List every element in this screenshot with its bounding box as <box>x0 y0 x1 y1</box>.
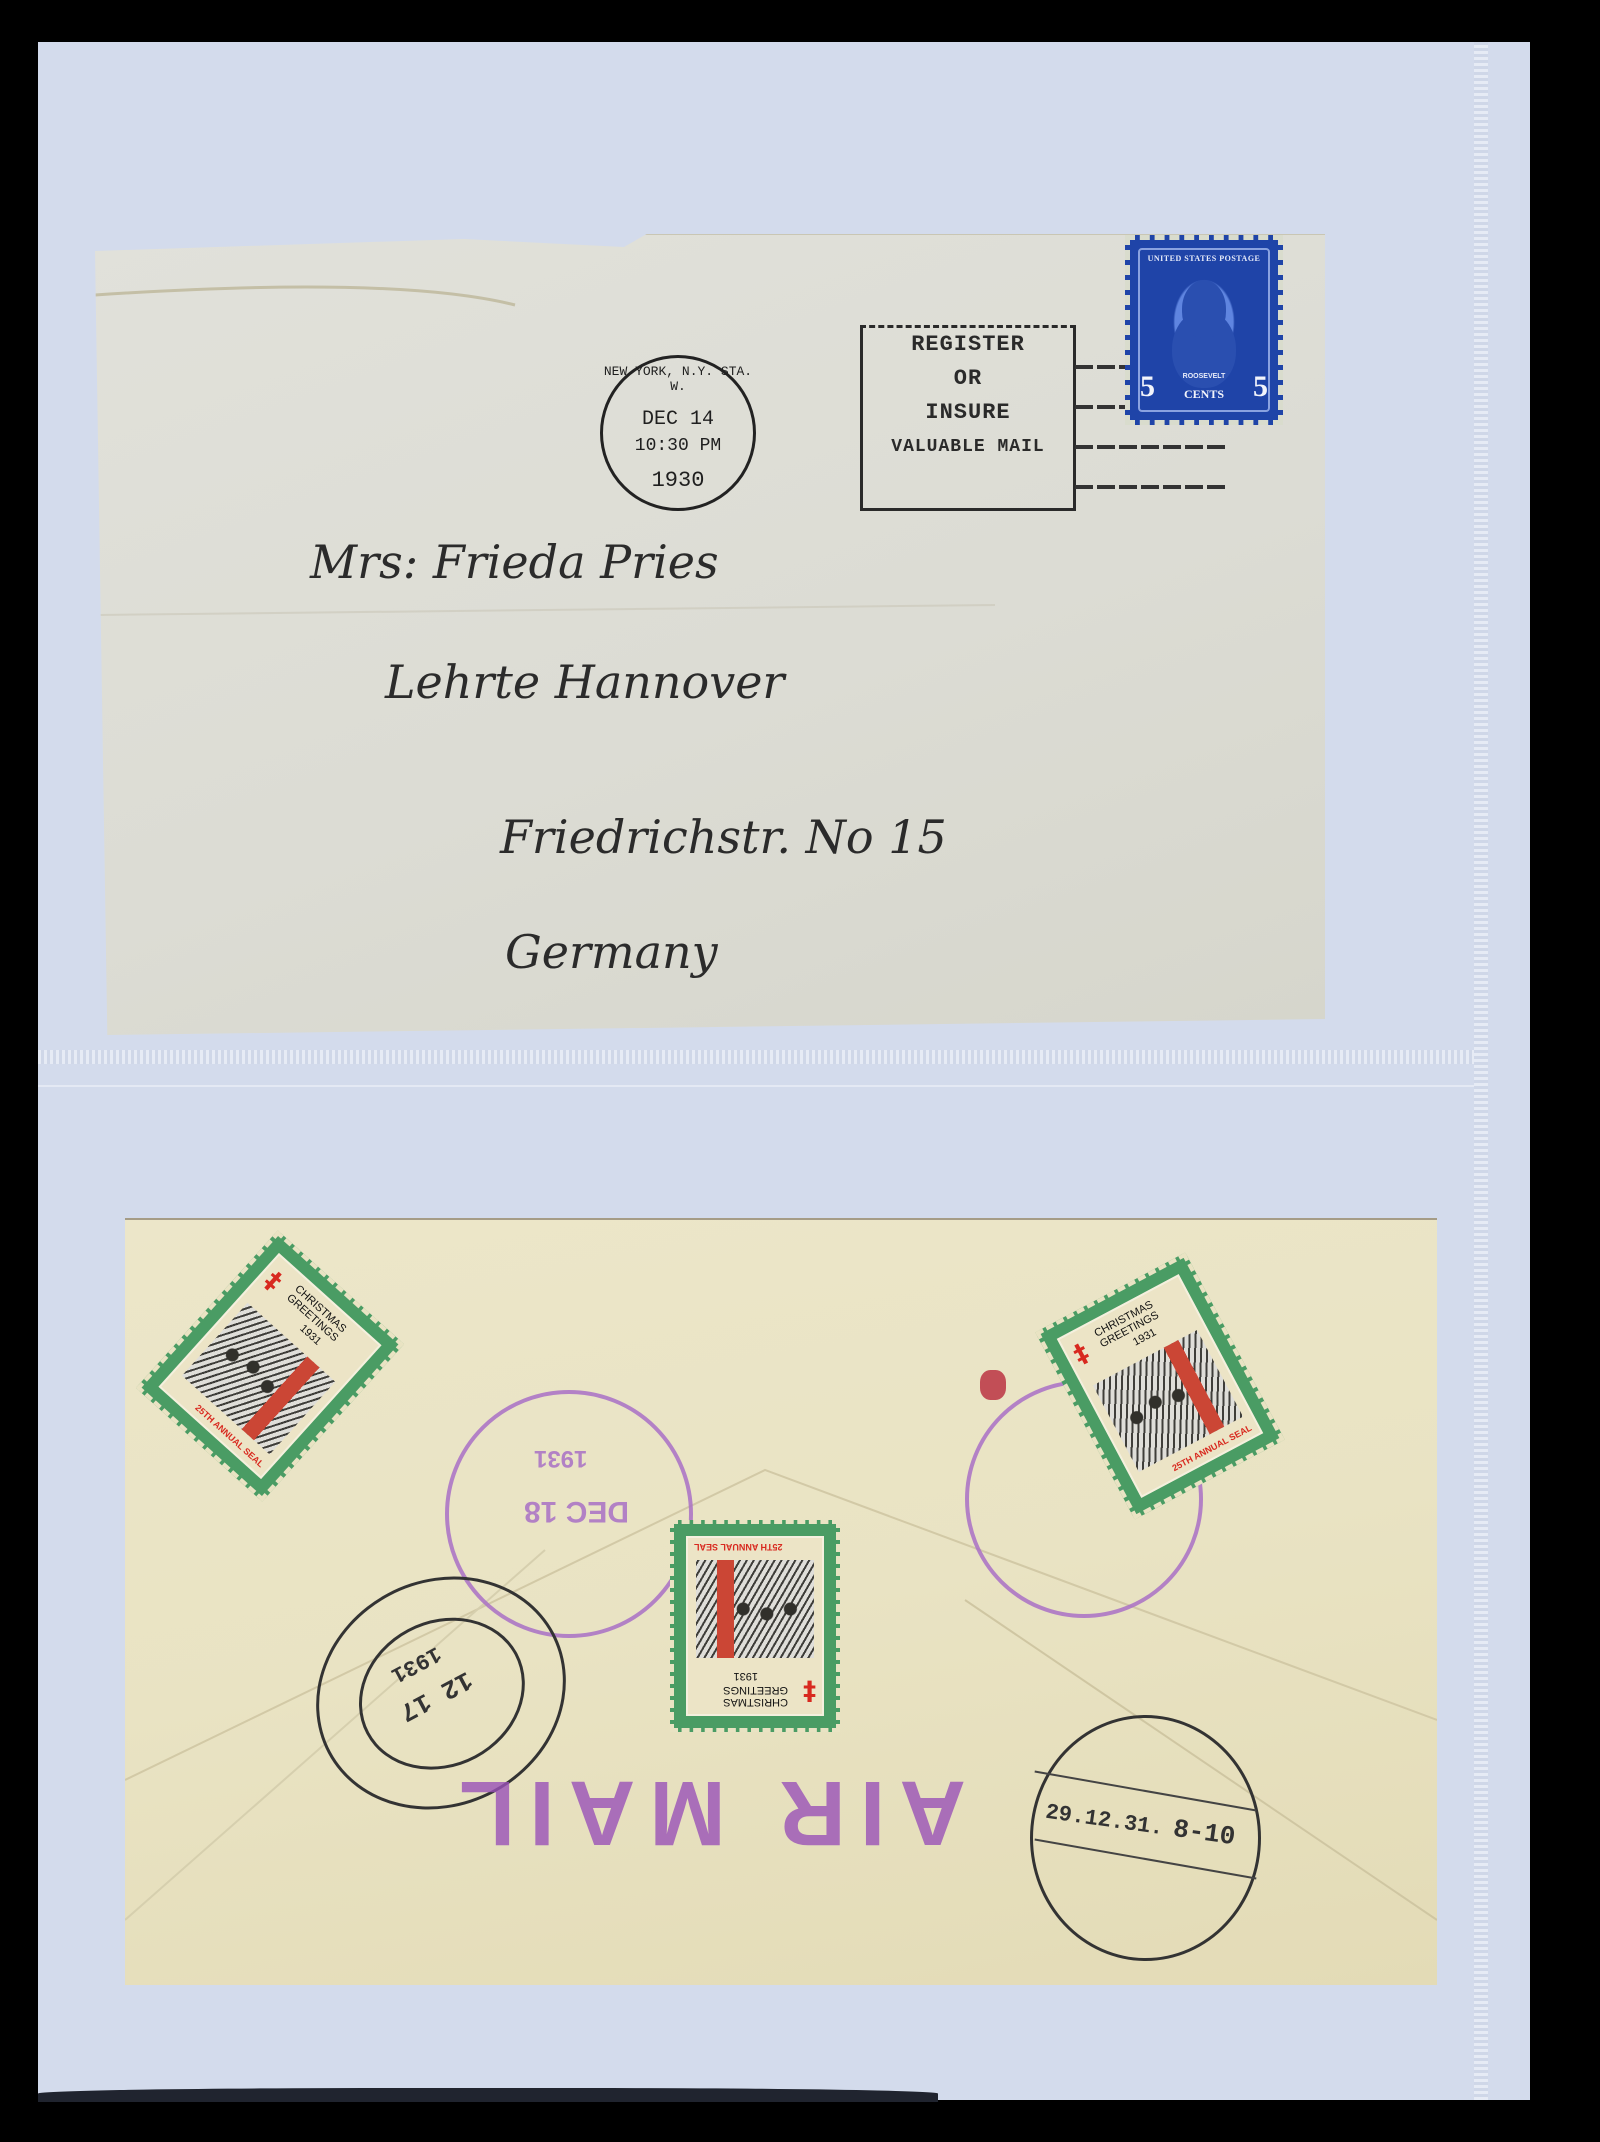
portrait-icon <box>1182 280 1226 338</box>
double-cross-icon: ‡ <box>803 1676 816 1706</box>
seal-year: 1931 <box>734 1670 758 1682</box>
album-binding-strip <box>1474 42 1488 2100</box>
christmas-seal-inverted: ‡ CHRISTMAS GREETINGS 1931 25TH ANNUAL S… <box>670 1520 840 1732</box>
address-line-country: Germany <box>505 925 718 979</box>
slogan-line-1: REGISTER <box>863 328 1073 362</box>
postmark-date: DEC 14 <box>603 408 753 431</box>
registered-year: 1931 <box>534 1444 587 1472</box>
cancel-bar <box>1075 485 1225 489</box>
address-line-street: Friedrichstr. No 15 <box>500 810 947 864</box>
arrival-date: 29.12.31. <box>1044 1800 1165 1841</box>
postmark-year: 1930 <box>603 468 753 493</box>
address-line-name: Mrs: Frieda Pries <box>310 535 719 589</box>
slogan-line-2: OR <box>863 362 1073 396</box>
stagecoach-image <box>1093 1330 1243 1472</box>
pocket-seam <box>38 1050 1474 1064</box>
double-cross-icon: ‡ <box>1069 1338 1095 1371</box>
cancel-bar <box>1075 445 1225 449</box>
seal-footer: 25TH ANNUAL SEAL <box>694 1542 783 1552</box>
pocket-edge <box>38 1085 1474 1087</box>
arrival-time: 8-10 <box>1171 1814 1237 1852</box>
double-cross-icon: ‡ <box>258 1266 288 1297</box>
red-wax-seal <box>980 1370 1006 1400</box>
stamp-country: UNITED STATES POSTAGE <box>1130 254 1278 263</box>
page-shadow <box>38 2088 938 2102</box>
stagecoach-image <box>696 1560 814 1658</box>
slogan-line-3: INSURE <box>863 396 1073 430</box>
postmark-arrival-lehrte: 29.12.31. 8-10 <box>1030 1715 1261 1961</box>
postmark-time: 10:30 PM <box>603 436 753 456</box>
stamp-currency: CENTS <box>1130 387 1278 402</box>
envelope-front: NEW YORK, N.Y. STA. W. DEC 14 10:30 PM 1… <box>95 235 1325 1035</box>
address-line-city: Lehrte Hannover <box>385 655 784 709</box>
envelope-back: DEC 18 1931 ‡ CHRISTMAS GREETINGS 1931 2… <box>125 1218 1437 1985</box>
postmark-new-york: NEW YORK, N.Y. STA. W. DEC 14 10:30 PM 1… <box>600 355 756 511</box>
postmark-city: NEW YORK, N.Y. STA. W. <box>603 364 753 394</box>
postage-stamp-roosevelt: UNITED STATES POSTAGE ROOSEVELT 5 5 CENT… <box>1125 235 1283 425</box>
slogan-line-4: VALUABLE MAIL <box>863 430 1073 464</box>
slogan-cancel: REGISTER OR INSURE VALUABLE MAIL <box>860 325 1076 511</box>
registered-date: DEC 18 <box>524 1494 629 1528</box>
airmail-handstamp: AIR MAIL <box>445 1760 966 1865</box>
seal-title: CHRISTMAS GREETINGS <box>688 1684 788 1708</box>
